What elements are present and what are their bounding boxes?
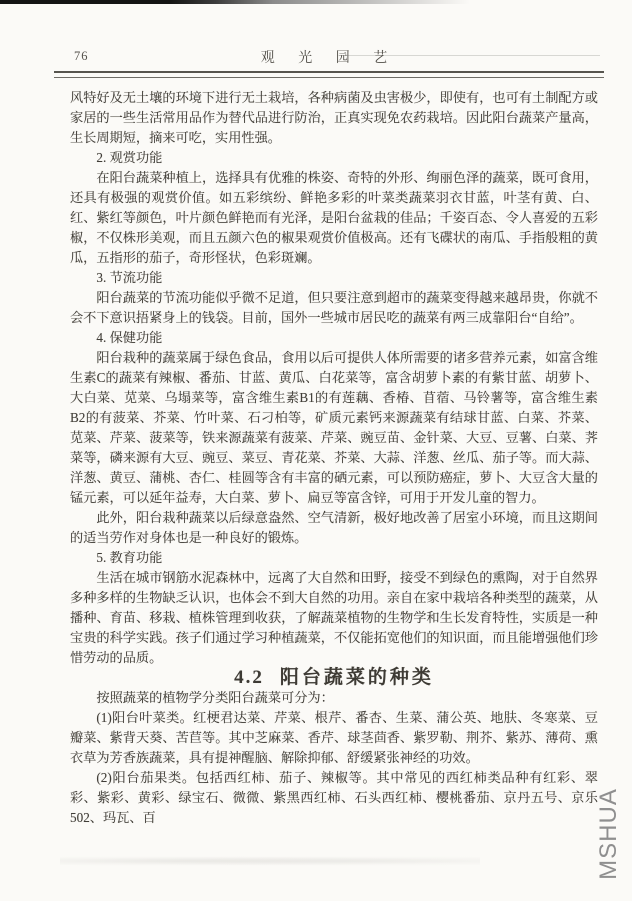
section-number: 4.2	[234, 667, 264, 688]
paragraph: 风特好及无土壤的环境下进行无土栽培，各种病菌及虫害极少，即使有，也可有土制配方或…	[70, 88, 598, 148]
header-double-rule	[54, 71, 604, 78]
subsection-heading-4: 4. 保健功能	[70, 328, 598, 348]
subsection-heading-3: 3. 节流功能	[70, 268, 598, 288]
page-header: 76 观 光 园 艺	[56, 47, 602, 67]
watermark-text: MSHUA	[563, 788, 632, 880]
paragraph: 生活在城市钢筋水泥森林中，远离了大自然和田野，接受不到绿色的熏陶，对于自然界多种…	[70, 568, 598, 668]
paragraph: 在阳台蔬菜种植上，选择具有优雅的株姿、奇特的外形、绚丽色泽的蔬菜，既可食用，还具…	[70, 168, 598, 268]
section-title: 阳台蔬菜的种类	[280, 667, 434, 688]
paragraph: 阳台蔬菜的节流功能似乎微不足道，但只要注意到超市的蔬菜变得越来越昂贵，你就不会不…	[70, 288, 598, 328]
running-title: 观 光 园 艺	[56, 47, 602, 67]
paragraph: (2)阳台茄果类。包括西红柿、茄子、辣椒等。其中常见的西红柿类品种有红彩、翠彩、…	[70, 768, 598, 828]
scan-edge-artifact	[0, 0, 470, 4]
section-heading-4-2: 4.2阳台蔬菜的种类	[70, 668, 598, 688]
paragraph: 按照蔬菜的植物学分类阳台蔬菜可分为：	[70, 688, 598, 708]
paragraph: (1)阳台叶菜类。红梗君达菜、芹菜、根芹、番杏、生菜、蒲公英、地肤、冬寒菜、豆瓣…	[70, 708, 598, 768]
subsection-heading-5: 5. 教育功能	[70, 548, 598, 568]
scanned-book-page: 76 观 光 园 艺 风特好及无土壤的环境下进行无土栽培，各种病菌及虫害极少，即…	[0, 0, 632, 901]
page-body-text: 风特好及无土壤的环境下进行无土栽培，各种病菌及虫害极少，即使有，也可有土制配方或…	[70, 88, 598, 828]
paragraph: 阳台栽种的蔬菜属于绿色食品，食用以后可提供人体所需要的诸多营养元素，如富含维生素…	[70, 348, 598, 508]
subsection-heading-2: 2. 观赏功能	[70, 148, 598, 168]
scan-smudge	[60, 856, 480, 866]
paragraph: 此外，阳台栽种蔬菜以后绿意盎然、空气清新，极好地改善了居室小环境，而且这期间的适…	[70, 508, 598, 548]
